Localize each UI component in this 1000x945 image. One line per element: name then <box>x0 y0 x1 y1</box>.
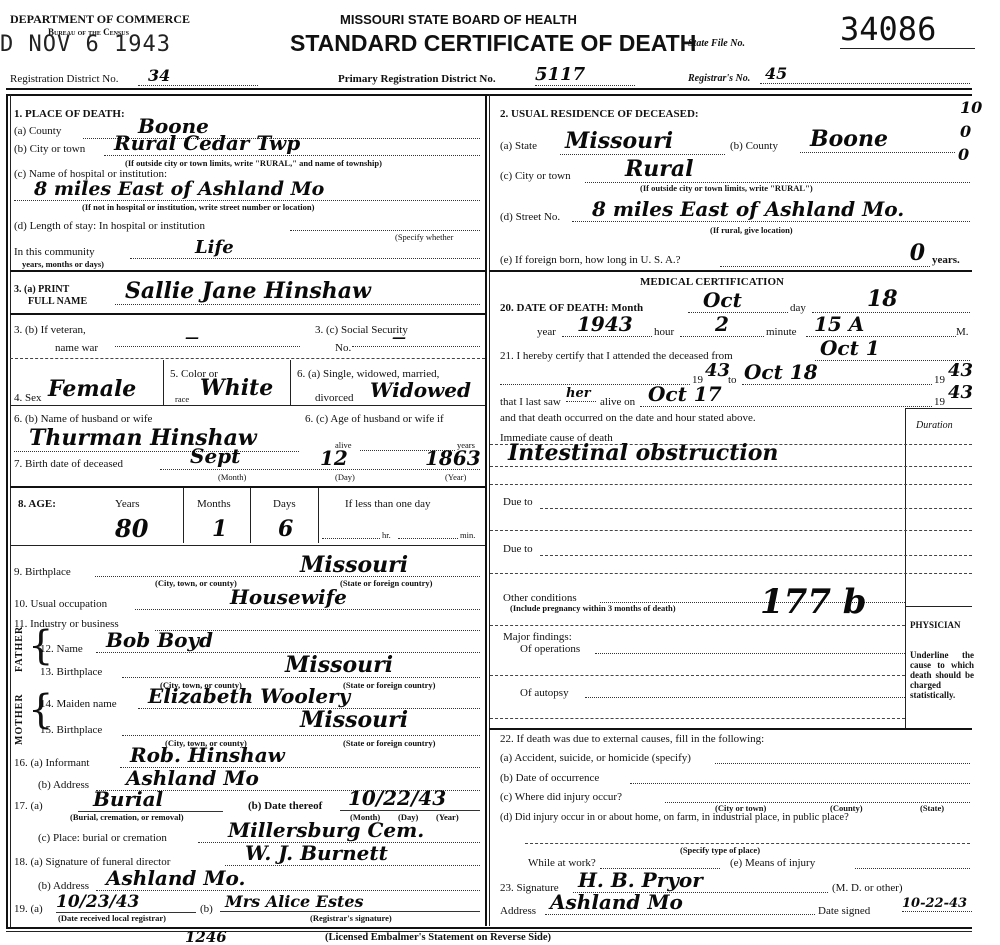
father-birthplace-value: Missouri <box>285 652 393 678</box>
county-label: (a) County <box>14 125 61 137</box>
father-name-label: 12. Name <box>40 643 83 655</box>
age-months-label: Months <box>197 498 231 510</box>
marital-label-b: divorced <box>315 392 353 404</box>
attended-to-year-value: 43 <box>948 360 973 381</box>
death-month-value: Oct <box>688 288 788 313</box>
death-city-value: Rural Cedar Twp <box>104 131 480 156</box>
disposition-note: (Burial, cremation, or removal) <box>70 812 184 822</box>
margin-code-1: 10 <box>960 98 982 117</box>
age-label: 8. AGE: <box>18 498 56 510</box>
burial-place-value: Millersburg Cem. <box>198 818 480 843</box>
mother-side-label: MOTHER <box>14 693 25 745</box>
father-name-value: Bob Boyd <box>96 628 480 653</box>
marital-value: Widowed <box>370 378 471 402</box>
disposition-value: Burial <box>78 787 223 812</box>
last-saw-date: Oct 17 <box>640 382 932 407</box>
primary-district-value: 5117 <box>535 64 635 86</box>
age-days-value: 6 <box>278 516 293 542</box>
last-saw-year-prefix: 19 <box>934 396 945 408</box>
autopsy-label: Of autopsy <box>520 687 569 699</box>
medical-heading: MEDICAL CERTIFICATION <box>640 276 784 288</box>
board-label: MISSOURI STATE BOARD OF HEALTH <box>340 12 577 27</box>
registrar-no-value: 45 <box>760 64 970 84</box>
sex-value: Female <box>48 376 136 402</box>
alive-on-label: alive on <box>600 396 635 408</box>
death-day-value: 18 <box>812 286 970 313</box>
mother-birthplace-value: Missouri <box>300 707 408 733</box>
last-saw-label: that I last saw <box>500 396 561 408</box>
residence-county-label: (b) County <box>730 140 778 152</box>
certify-label: 21. I hereby certify that I attended the… <box>500 350 733 362</box>
burial-date-label: (b) Date thereof <box>248 800 322 812</box>
father-side-label: FATHER <box>14 626 25 672</box>
primary-district-label: Primary Registration District No. <box>338 73 496 85</box>
mother-name-value: Elizabeth Woolery <box>138 684 480 709</box>
birth-year-note: (Year) <box>445 472 466 482</box>
date-signed-label: Date signed <box>818 905 870 917</box>
md-label: (M. D. or other) <box>832 882 903 894</box>
full-name-value: Sallie Jane Hinshaw <box>115 278 480 305</box>
residence-state-label: (a) State <box>500 140 537 152</box>
sex-label: 4. Sex <box>14 392 42 404</box>
due-to-label-1: Due to <box>503 496 533 508</box>
director-address-label: (b) Address <box>38 880 89 892</box>
death-minute-value: 15 A <box>806 312 956 337</box>
attended-to-year-prefix: 19 <box>934 374 945 386</box>
mother-birthplace-label: 15. Birthplace <box>40 724 102 736</box>
full-name-label-b: FULL NAME <box>28 296 87 307</box>
coding-mark: 177 b <box>760 582 867 622</box>
death-year-value: 1943 <box>562 312 652 337</box>
duration-label: Duration <box>916 420 953 431</box>
death-hour-value: 2 <box>680 312 764 337</box>
birth-day-note: (Day) <box>335 472 355 482</box>
residence-city-label: (c) City or town <box>500 170 571 182</box>
city-label: (b) City or town <box>14 143 85 155</box>
residence-heading: 2. USUAL RESIDENCE OF DECEASED: <box>500 108 699 120</box>
accident-label: (a) Accident, suicide, or homicide (spec… <box>500 752 691 764</box>
foreign-unit: years. <box>932 254 960 266</box>
age-min-label: min. <box>460 530 475 540</box>
foreign-value: 0 <box>720 240 930 267</box>
age-years-label: Years <box>115 498 140 510</box>
physician-note: Underline the cause to which death shoul… <box>910 650 974 700</box>
director-address-value: Ashland Mo. <box>96 866 480 891</box>
operations-label: Of operations <box>520 643 580 655</box>
injury-state-note: (State) <box>920 803 944 813</box>
residence-city-value: Rural <box>585 156 970 183</box>
residence-state-value: Missouri <box>560 128 725 155</box>
disposition-label: 17. (a) <box>14 800 43 812</box>
city-note: (If outside city or town limits, write "… <box>125 158 382 168</box>
residence-city-note: (If outside city or town limits, write "… <box>640 183 813 193</box>
place-type-note: (Specify type of place) <box>680 845 760 855</box>
immediate-cause-value: Intestinal obstruction <box>508 440 778 466</box>
registrar-signature-label: (b) <box>200 903 213 915</box>
received-date-value: 10/23/43 <box>56 892 196 913</box>
attended-from-year-value: 43 <box>705 360 730 381</box>
burial-date-value: 10/22/43 <box>340 786 480 811</box>
occupation-value: Housewife <box>135 585 480 610</box>
veteran-label-a: 3. (b) If veteran, <box>14 324 86 336</box>
signature-address-value: Ashland Mo <box>545 890 815 915</box>
street-label: (d) Street No. <box>500 211 560 223</box>
informant-label: 16. (a) Informant <box>14 757 89 769</box>
birth-month-value: Sept <box>190 444 240 468</box>
community-label: In this community <box>14 246 95 258</box>
external-heading: 22. If death was due to external causes,… <box>500 733 764 745</box>
age-days-label: Days <box>273 498 296 510</box>
death-year-label: year <box>537 326 556 338</box>
birthplace-label: 9. Birthplace <box>14 566 71 578</box>
full-name-label-a: 3. (a) PRINT <box>14 284 69 295</box>
hospital-note: (If not in hospital or institution, writ… <box>82 202 314 212</box>
registrar-signature-value: Mrs Alice Estes <box>220 892 480 912</box>
street-value: 8 miles East of Ashland Mo. <box>572 197 970 222</box>
occupation-label: 10. Usual occupation <box>14 598 107 610</box>
stay-label: (d) Length of stay: In hospital or insti… <box>14 220 205 232</box>
attended-from-value: Oct 1 <box>815 336 970 361</box>
state-file-label: State File No. <box>688 38 745 49</box>
received-stamp: D NOV 6 1943 <box>0 32 171 57</box>
certificate-title: STANDARD CERTIFICATE OF DEATH <box>290 30 696 57</box>
date-signed-value: 10-22-43 <box>902 896 972 912</box>
received-date-note: (Date received local registrar) <box>58 913 166 923</box>
social-security-label-b: No. <box>335 342 351 354</box>
state-file-number: 34086 <box>840 10 975 49</box>
burial-place-label: (c) Place: burial or cremation <box>38 832 167 844</box>
father-birthplace-label: 13. Birthplace <box>40 666 102 678</box>
footer-code: 1246 <box>185 928 227 945</box>
margin-code-2: 0 <box>960 122 971 141</box>
occurrence-date-label: (b) Date of occurrence <box>500 772 599 784</box>
foreign-label: (e) If foreign born, how long in U. S. A… <box>500 254 681 266</box>
age-months-value: 1 <box>212 516 227 542</box>
death-statement: and that death occurred on the date and … <box>500 412 756 424</box>
birth-day-value: 12 <box>320 446 348 470</box>
registration-district-label: Registration District No. <box>10 73 118 85</box>
hospital-value: 8 miles East of Ashland Mo <box>14 178 480 201</box>
last-saw-year-value: 43 <box>948 382 973 403</box>
color-value: White <box>200 375 273 401</box>
registrar-signature-note: (Registrar's signature) <box>310 913 392 923</box>
spouse-label: 6. (b) Name of husband or wife <box>14 413 152 425</box>
last-saw-pronoun: her <box>566 386 596 402</box>
physician-label: PHYSICIAN <box>910 620 961 630</box>
received-date-label: 19. (a) <box>14 903 43 915</box>
residence-county-value: Boone <box>800 126 955 153</box>
death-hour-label: hour <box>654 326 674 338</box>
department-label: DEPARTMENT OF COMMERCE <box>10 12 190 27</box>
veteran-label-b: name war <box>55 342 98 354</box>
age-hr-label: hr. <box>382 530 391 540</box>
injury-where-label: (c) Where did injury occur? <box>500 791 622 803</box>
signature-address-label: Address <box>500 905 536 917</box>
social-security-value: — <box>352 330 480 347</box>
age-years-value: 80 <box>115 514 148 543</box>
street-note: (If rural, give location) <box>710 225 793 235</box>
birth-month-note: (Month) <box>218 472 246 482</box>
death-day-label: day <box>790 302 806 314</box>
birth-year-value: 1863 <box>425 446 481 470</box>
informant-value: Rob. Hinshaw <box>120 743 480 768</box>
age-less-label: If less than one day <box>345 498 431 510</box>
registration-district-value: 34 <box>138 66 258 86</box>
birthplace-value: Missouri <box>300 552 408 578</box>
footer-note: (Licensed Embalmer's Statement on Revers… <box>325 932 551 943</box>
community-value: Life <box>130 237 480 259</box>
funeral-director-value: W. J. Burnett <box>225 841 480 866</box>
veteran-value: — <box>115 330 300 347</box>
spouse-age-label: 6. (c) Age of husband or wife if <box>305 413 444 425</box>
death-minute-label: minute <box>766 326 797 338</box>
birth-date-label: 7. Birth date of deceased <box>14 458 123 470</box>
other-conditions-note: (Include pregnancy within 3 months of de… <box>510 603 676 613</box>
mother-name-label: 14. Maiden name <box>40 698 117 710</box>
injury-home-label: (d) Did injury occur in or about home, o… <box>500 812 849 823</box>
major-findings-label: Major findings: <box>503 631 572 643</box>
color-label-b: race <box>175 394 189 404</box>
due-to-label-2: Due to <box>503 543 533 555</box>
registrar-no-label: Registrar's No. <box>688 73 750 84</box>
community-note: years, months or days) <box>22 259 104 269</box>
